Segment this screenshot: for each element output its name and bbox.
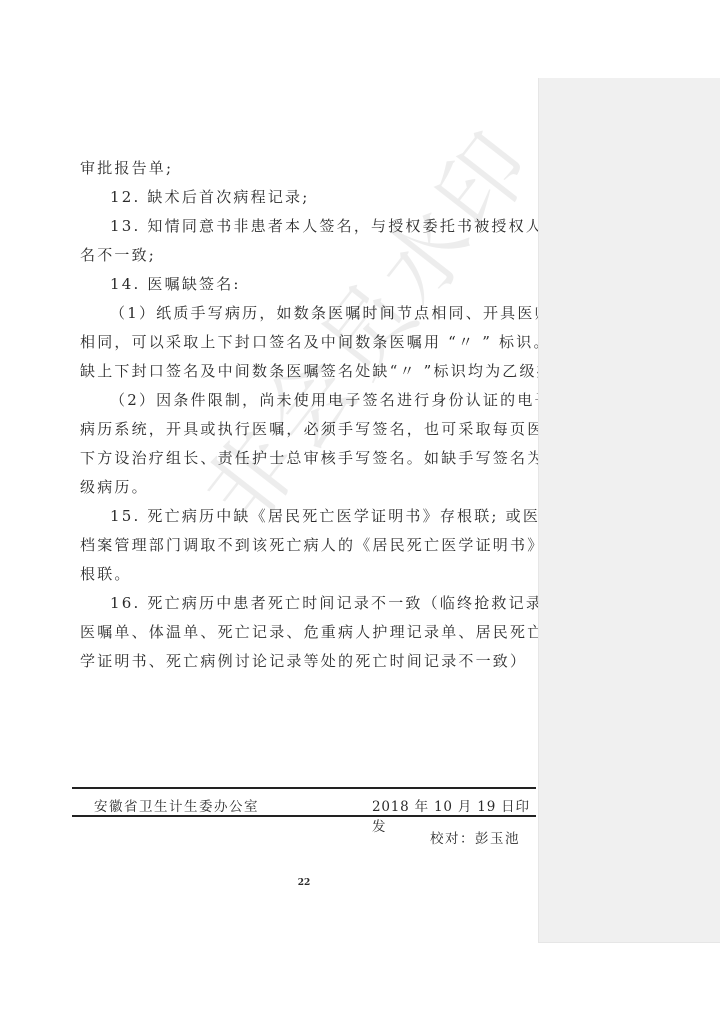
document-body: 审批报告单; 12. 缺术后首次病程记录; 13. 知情同意书非患者本人签名，与…	[80, 154, 530, 676]
footer-top-rule	[72, 787, 536, 789]
text-line: 12. 缺术后首次病程记录;	[80, 183, 530, 212]
text-line: 下方设治疗组长、责任护士总审核手写签名。如缺手写签名为乙	[80, 444, 530, 473]
page-number: 22	[0, 878, 608, 888]
text-line: 档案管理部门调取不到该死亡病人的《居民死亡医学证明书》存	[80, 531, 530, 560]
text-line: 学证明书、死亡病例讨论记录等处的死亡时间记录不一致）	[80, 647, 530, 676]
text-line: 医嘱单、体温单、死亡记录、危重病人护理记录单、居民死亡医	[80, 618, 530, 647]
comment-pane	[538, 78, 720, 943]
text-line: 病历系统，开具或执行医嘱，必须手写签名，也可采取每页医嘱	[80, 415, 530, 444]
text-line: 名不一致;	[80, 241, 530, 270]
issuer-name: 安徽省卫生计生委办公室	[94, 795, 259, 815]
text-line: （2）因条件限制，尚未使用电子签名进行身份认证的电子	[80, 386, 530, 415]
text-line: 缺上下封口签名及中间数条医嘱签名处缺“〃 ”标识均为乙级病历。	[80, 357, 530, 386]
text-line: （1）纸质手写病历，如数条医嘱时间节点相同、开具医师	[80, 299, 530, 328]
footer-bottom-rule	[72, 815, 536, 817]
text-line: 16. 死亡病历中患者死亡时间记录不一致（临终抢救记录、	[80, 589, 530, 618]
text-line: 13. 知情同意书非患者本人签名，与授权委托书被授权人签	[80, 212, 530, 241]
text-line: 14. 医嘱缺签名:	[80, 270, 530, 299]
text-line: 根联。	[80, 560, 530, 589]
text-line: 级病历。	[80, 473, 530, 502]
text-line: 审批报告单;	[80, 154, 530, 183]
text-line: 15. 死亡病历中缺《居民死亡医学证明书》存根联; 或医院	[80, 502, 530, 531]
document-page: 非会员水印 审批报告单; 12. 缺术后首次病程记录; 13. 知情同意书非患者…	[0, 0, 540, 1019]
text-line: 相同，可以采取上下封口签名及中间数条医嘱用 “〃 ” 标识。如	[80, 328, 530, 357]
proofreader: 校对：彭玉池	[430, 827, 520, 847]
